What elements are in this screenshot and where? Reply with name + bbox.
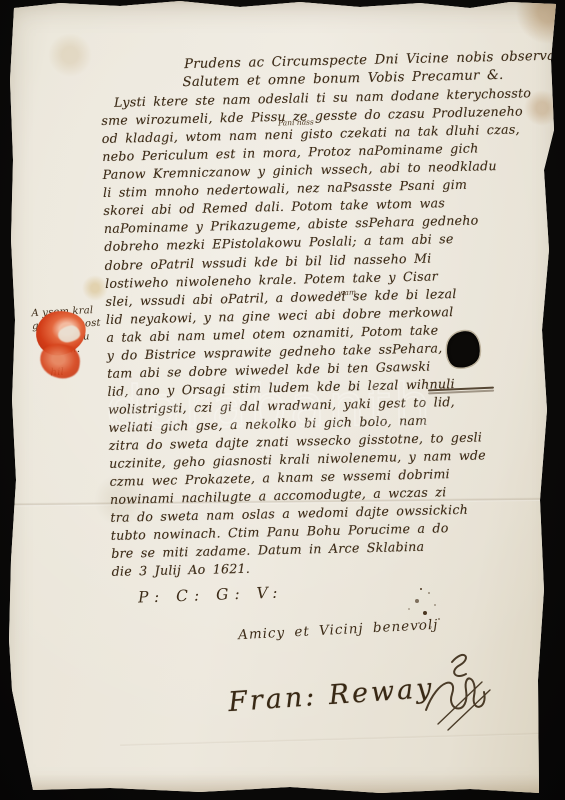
paper-sheet: Prudens ac Circumspecte Dni Vicine nobis… xyxy=(0,0,565,800)
letter-body: Prudens ac Circumspecte Dni Vicine nobis… xyxy=(100,48,565,582)
superscript-insertion: wam xyxy=(338,288,356,298)
photo-backdrop: Prudens ac Circumspecte Dni Vicine nobis… xyxy=(0,0,565,800)
signature-flourish xyxy=(418,646,504,738)
ink-specks xyxy=(420,588,422,590)
superscript-insertion: Pani nass xyxy=(278,117,314,127)
